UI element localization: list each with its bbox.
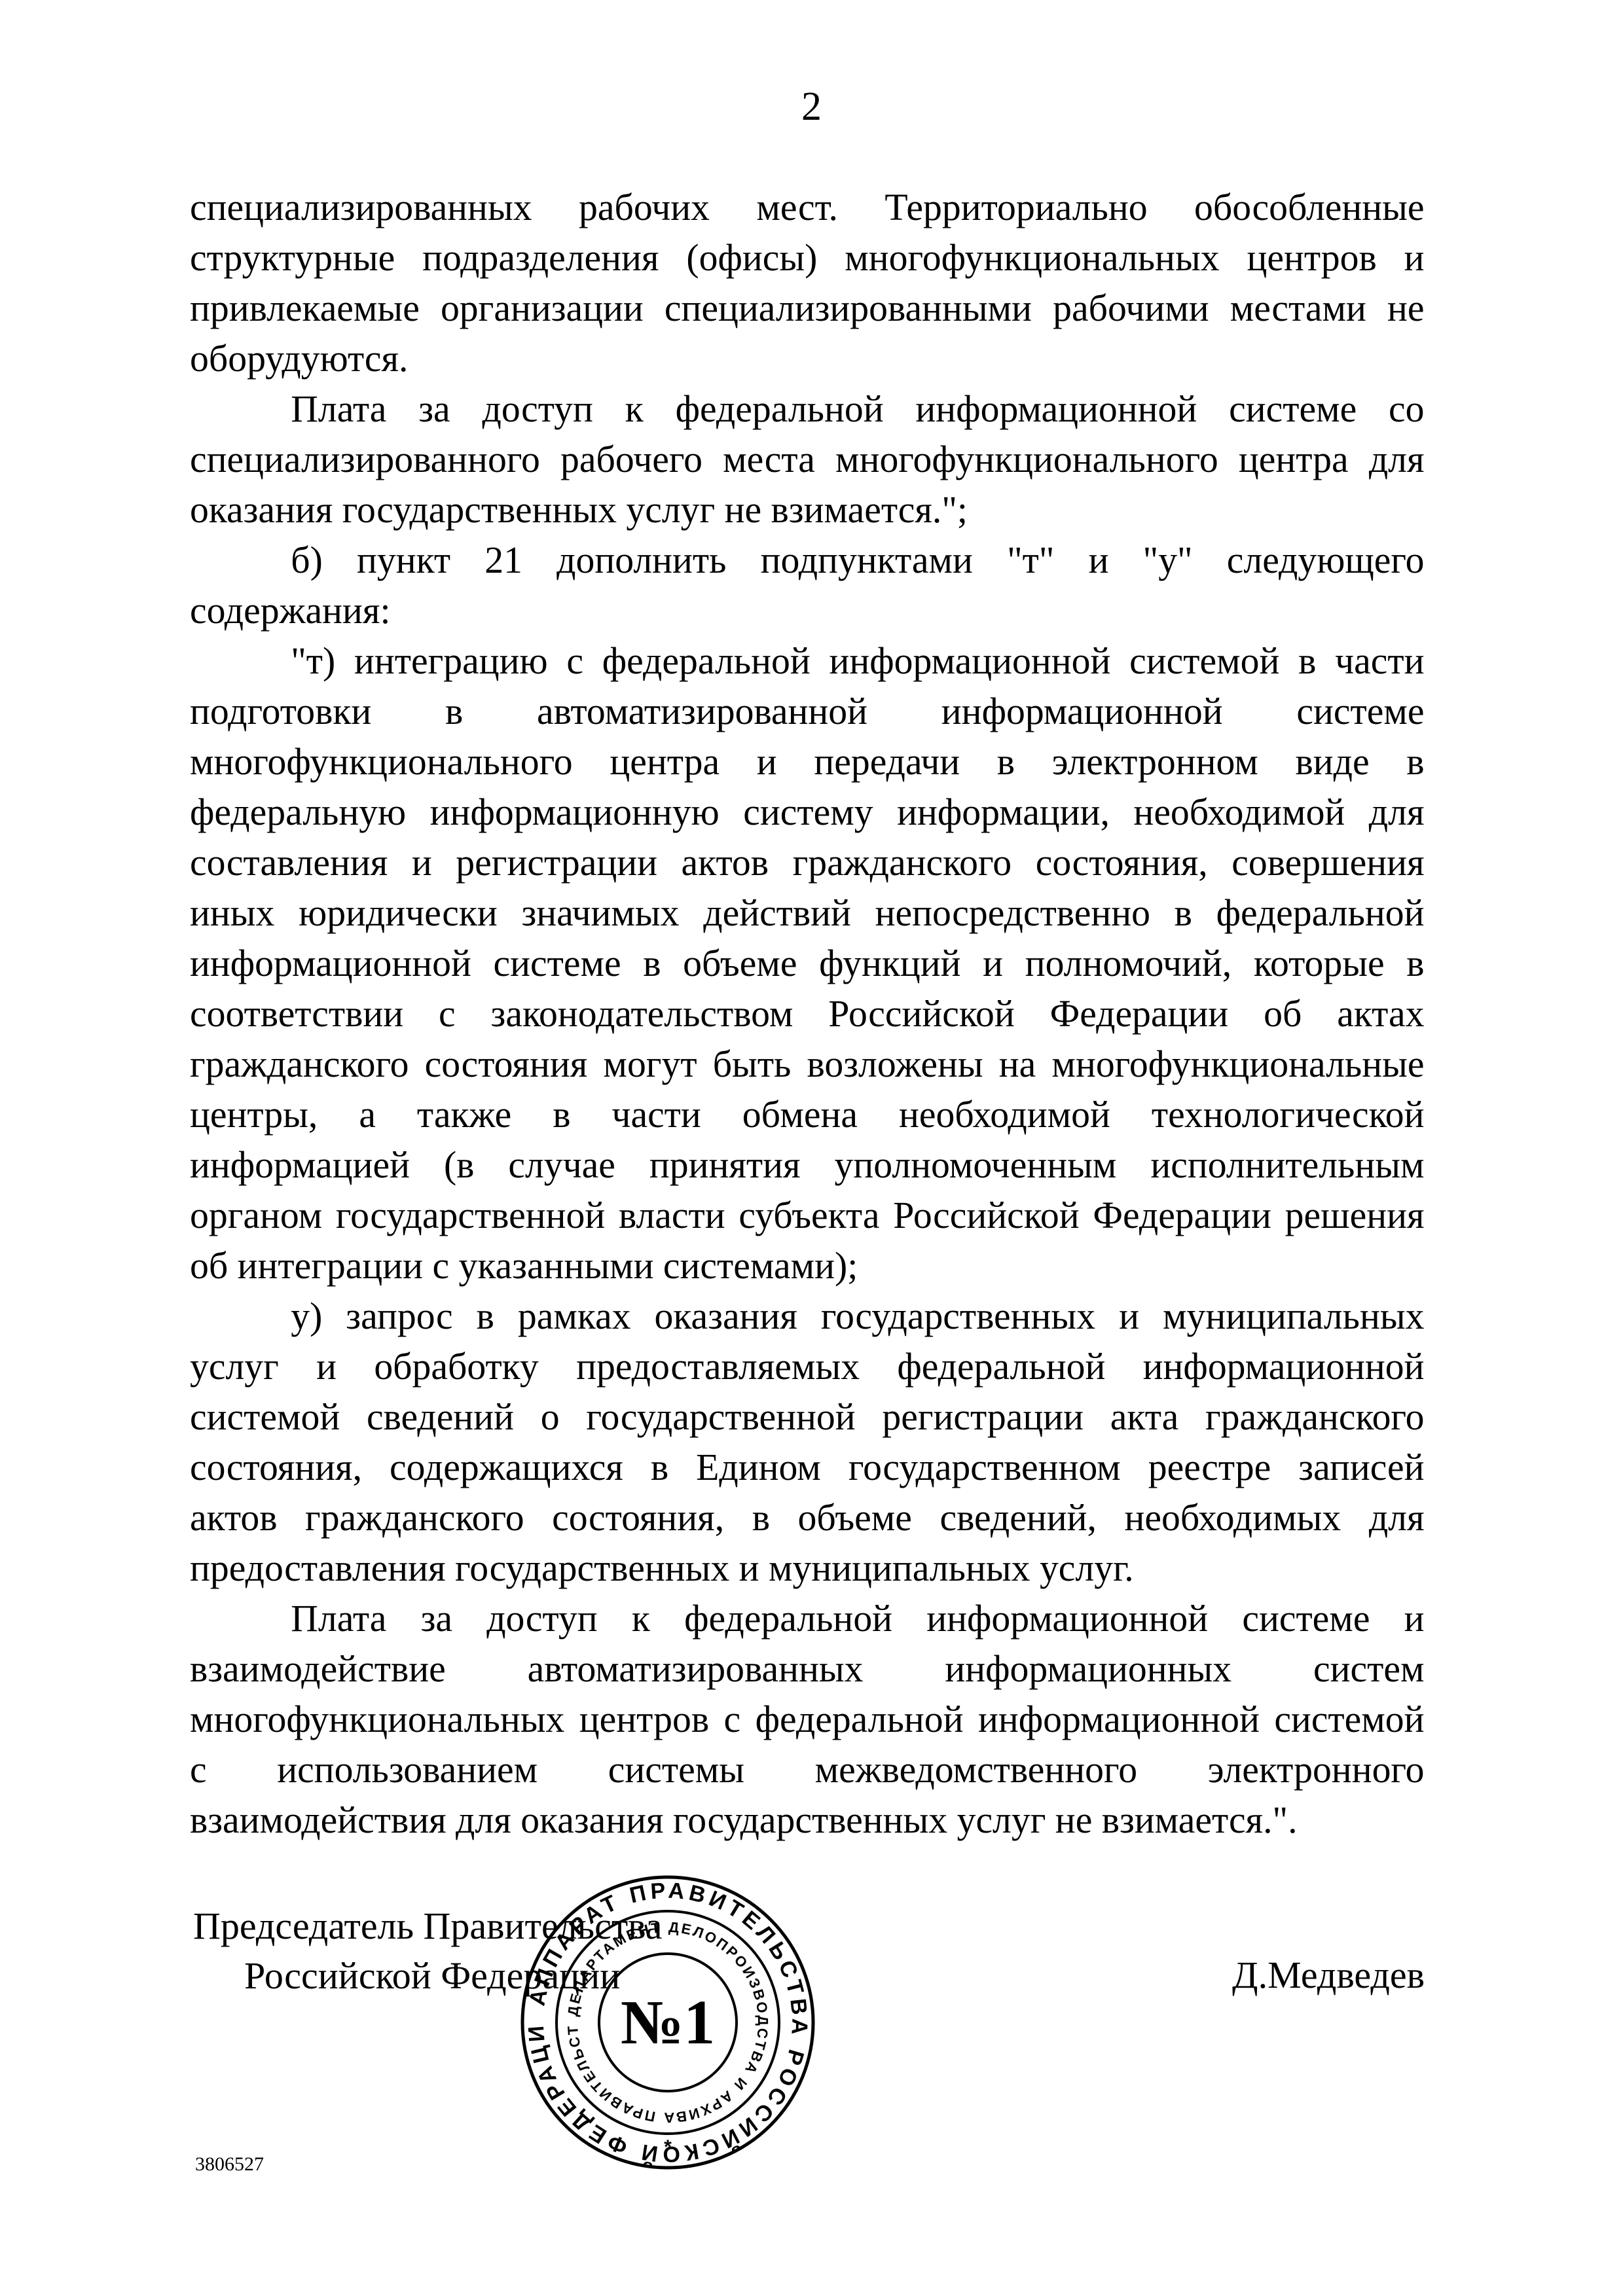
body-line: специализированных рабочих мест. Террито… [190,182,1425,232]
body-line: взаимодействие автоматизированных информ… [190,1643,1425,1694]
body-line: многофункциональных центров с федерально… [190,1694,1425,1744]
body-line: соответствии с законодательством Российс… [190,988,1425,1039]
body-line: федеральную информационную систему инфор… [190,787,1425,837]
body-line: многофункционального центра и передачи в… [190,736,1425,787]
body-line: Плата за доступ к федеральной информацио… [190,384,1425,434]
body-line: услуг и обработку предоставляемых федера… [190,1341,1425,1391]
body-line: "т) интеграцию с федеральной информацион… [190,636,1425,686]
body-line: специализированного рабочего места много… [190,434,1425,484]
body-line: содержания: [190,585,1425,636]
body-line: иных юридически значимых действий непоср… [190,888,1425,938]
body-line: информацией (в случае принятия уполномоч… [190,1139,1425,1190]
document-number: 3806527 [195,2153,264,2176]
body-line: информационной системе в объеме функций … [190,938,1425,988]
official-seal-icon: АППАРАТ ПРАВИТЕЛЬСТВА РОССИЙСКОЙ ФЕДЕРАЦ… [517,1872,818,2173]
body-line: привлекаемые организации специализирован… [190,283,1425,333]
body-line: предоставления государственных и муницип… [190,1543,1425,1593]
body-line: подготовки в автоматизированной информац… [190,686,1425,736]
body-line: оборудуются. [190,333,1425,384]
body-line: органом государственной власти субъекта … [190,1190,1425,1240]
body-line: системой сведений о государственной реги… [190,1391,1425,1442]
body-line: структурные подразделения (офисы) многоф… [190,232,1425,283]
body-line: центры, а также в части обмена необходим… [190,1089,1425,1139]
body-line: оказания государственных услуг не взимае… [190,484,1425,535]
body-line: у) запрос в рамках оказания государствен… [190,1291,1425,1341]
page-number: 2 [0,84,1623,130]
body-line: составления и регистрации актов гражданс… [190,837,1425,888]
body-line: об интеграции с указанными системами); [190,1240,1425,1291]
body-line: взаимодействия для оказания государствен… [190,1795,1425,1845]
body-line: б) пункт 21 дополнить подпунктами "т" и … [190,535,1425,585]
body-line: состояния, содержащихся в Едином государ… [190,1442,1425,1492]
document-body: специализированных рабочих мест. Террито… [190,182,1425,1845]
seal-star: * [664,2136,672,2158]
seal-center-text: №1 [621,1987,715,2057]
body-line: актов гражданского состояния, в объеме с… [190,1492,1425,1543]
signatory-name: Д.Медведев [1232,1952,1425,1998]
body-line: с использованием системы межведомственно… [190,1744,1425,1795]
body-line: гражданского состояния могут быть возлож… [190,1039,1425,1089]
body-line: Плата за доступ к федеральной информацио… [190,1593,1425,1643]
